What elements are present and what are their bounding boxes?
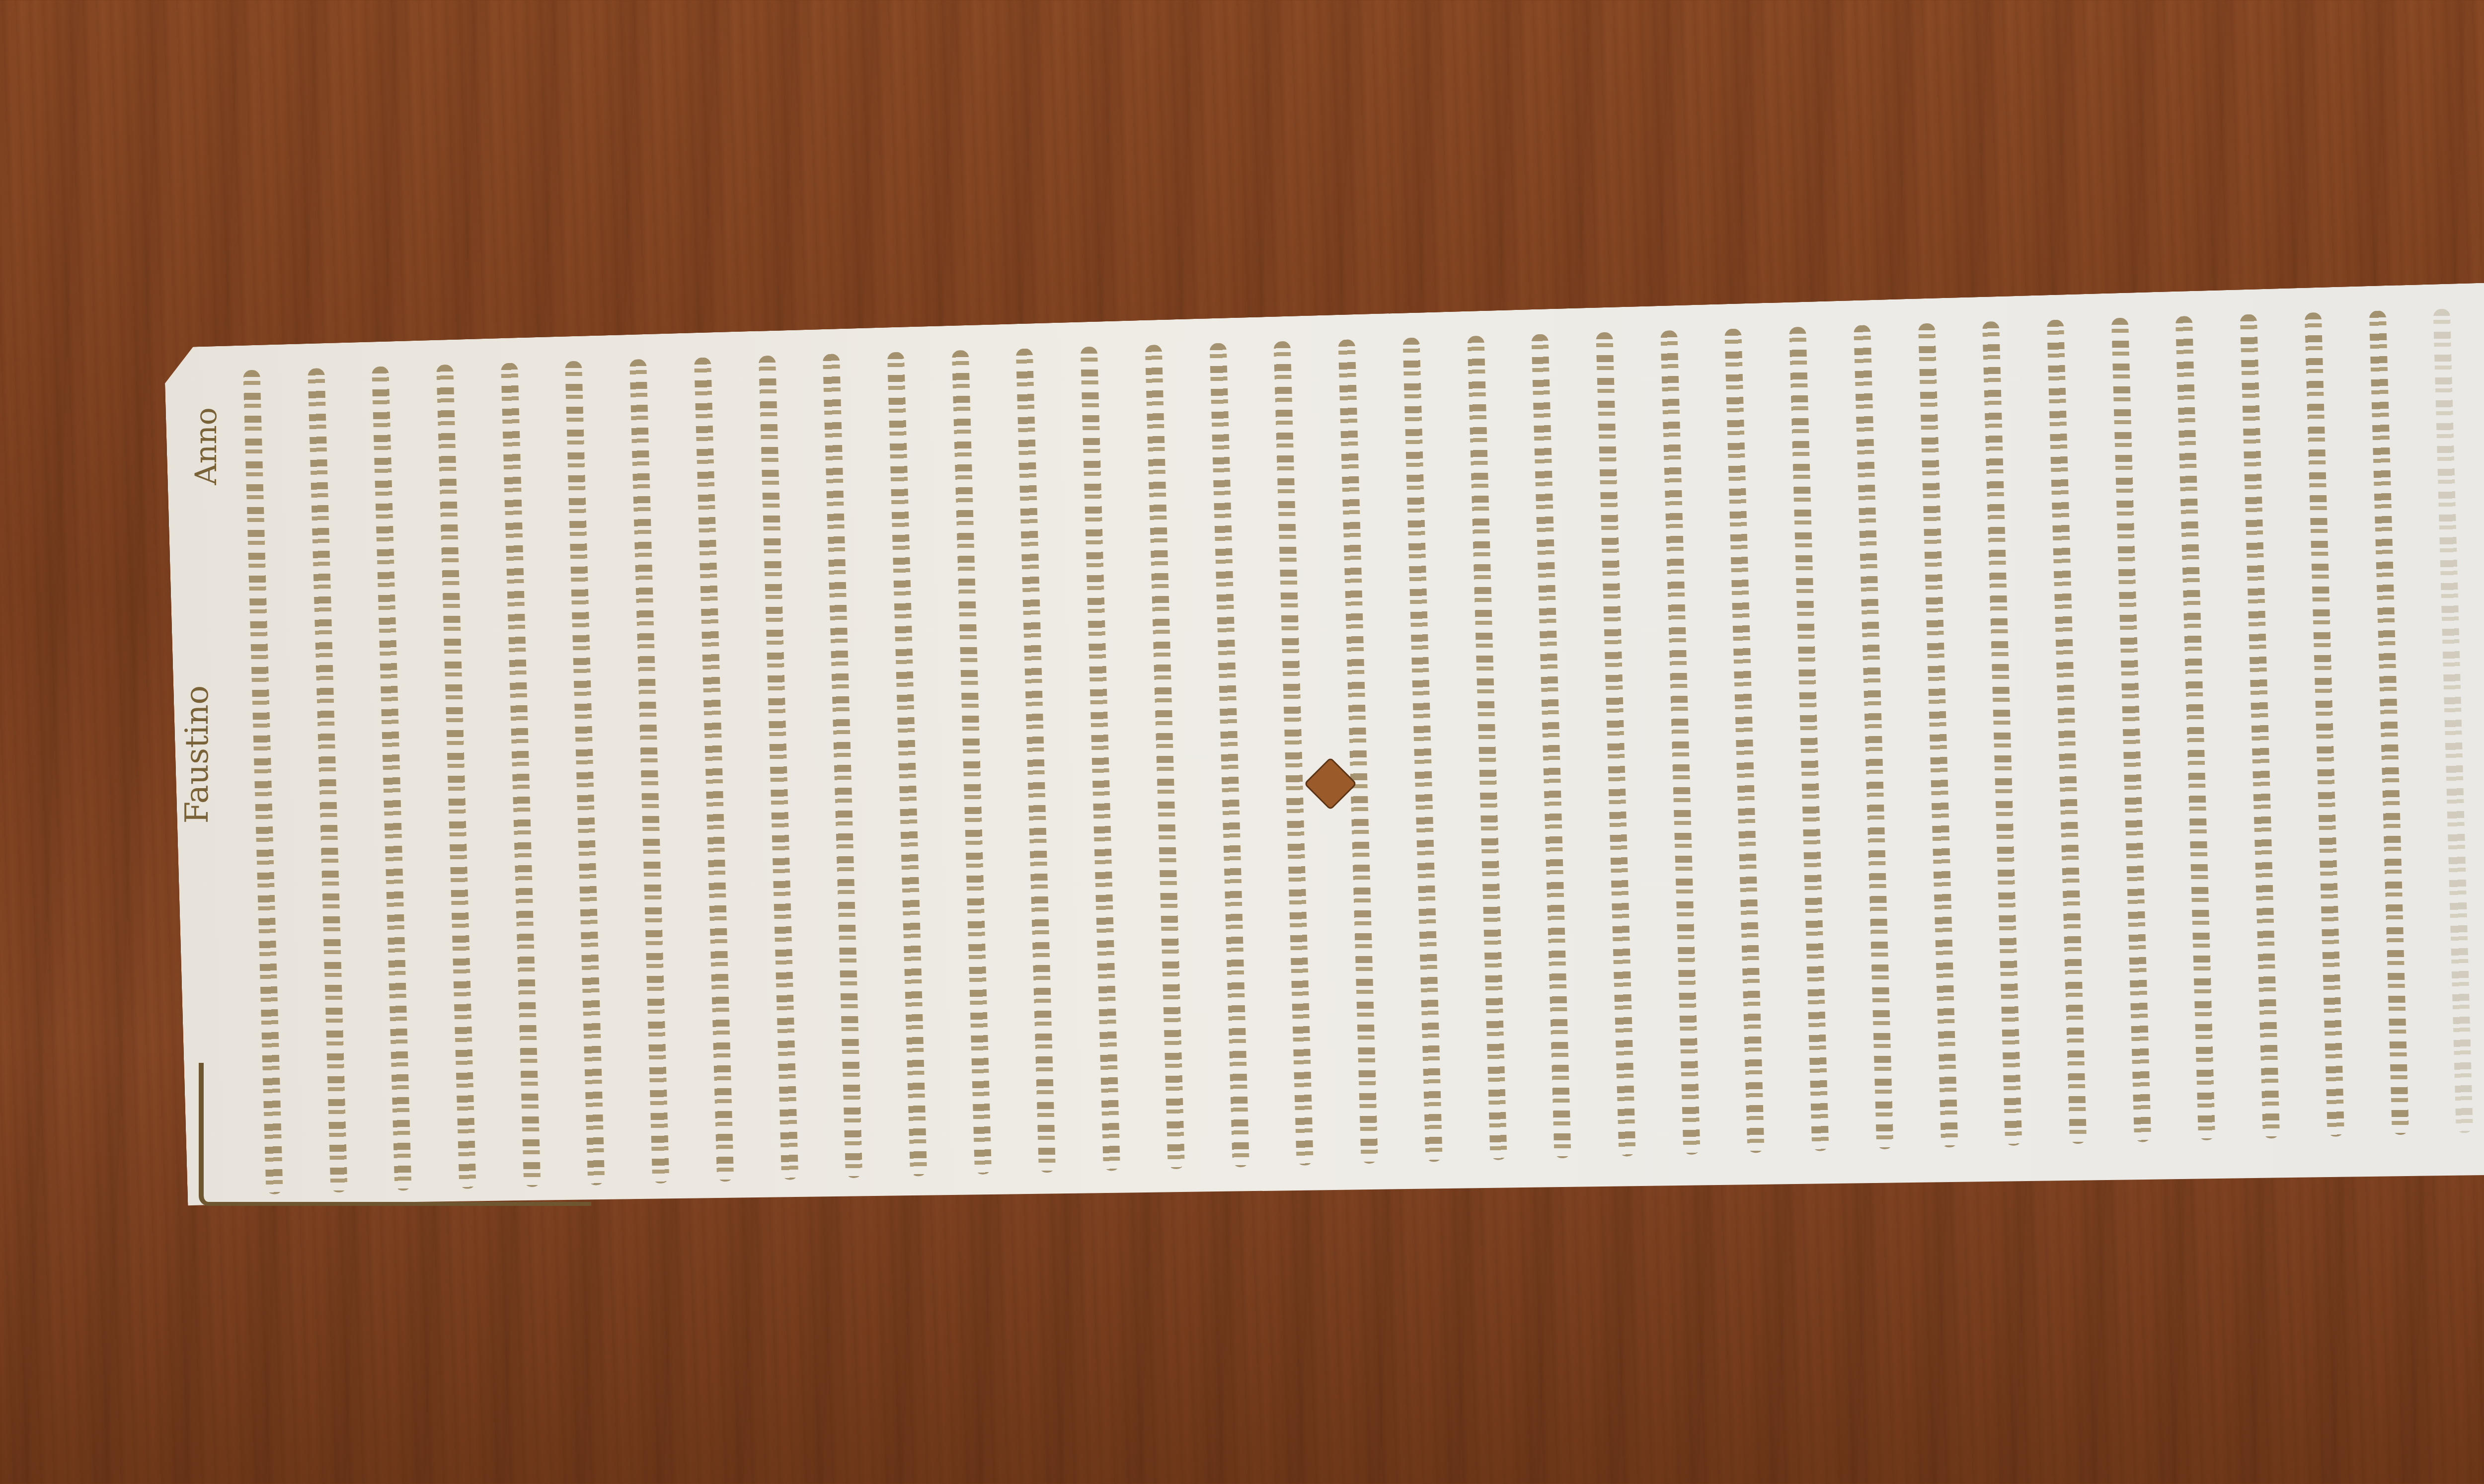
decorated-initial [199,1063,591,1206]
margin-heading: Anno [189,407,224,485]
margin-annotation: Faustino [179,685,216,823]
